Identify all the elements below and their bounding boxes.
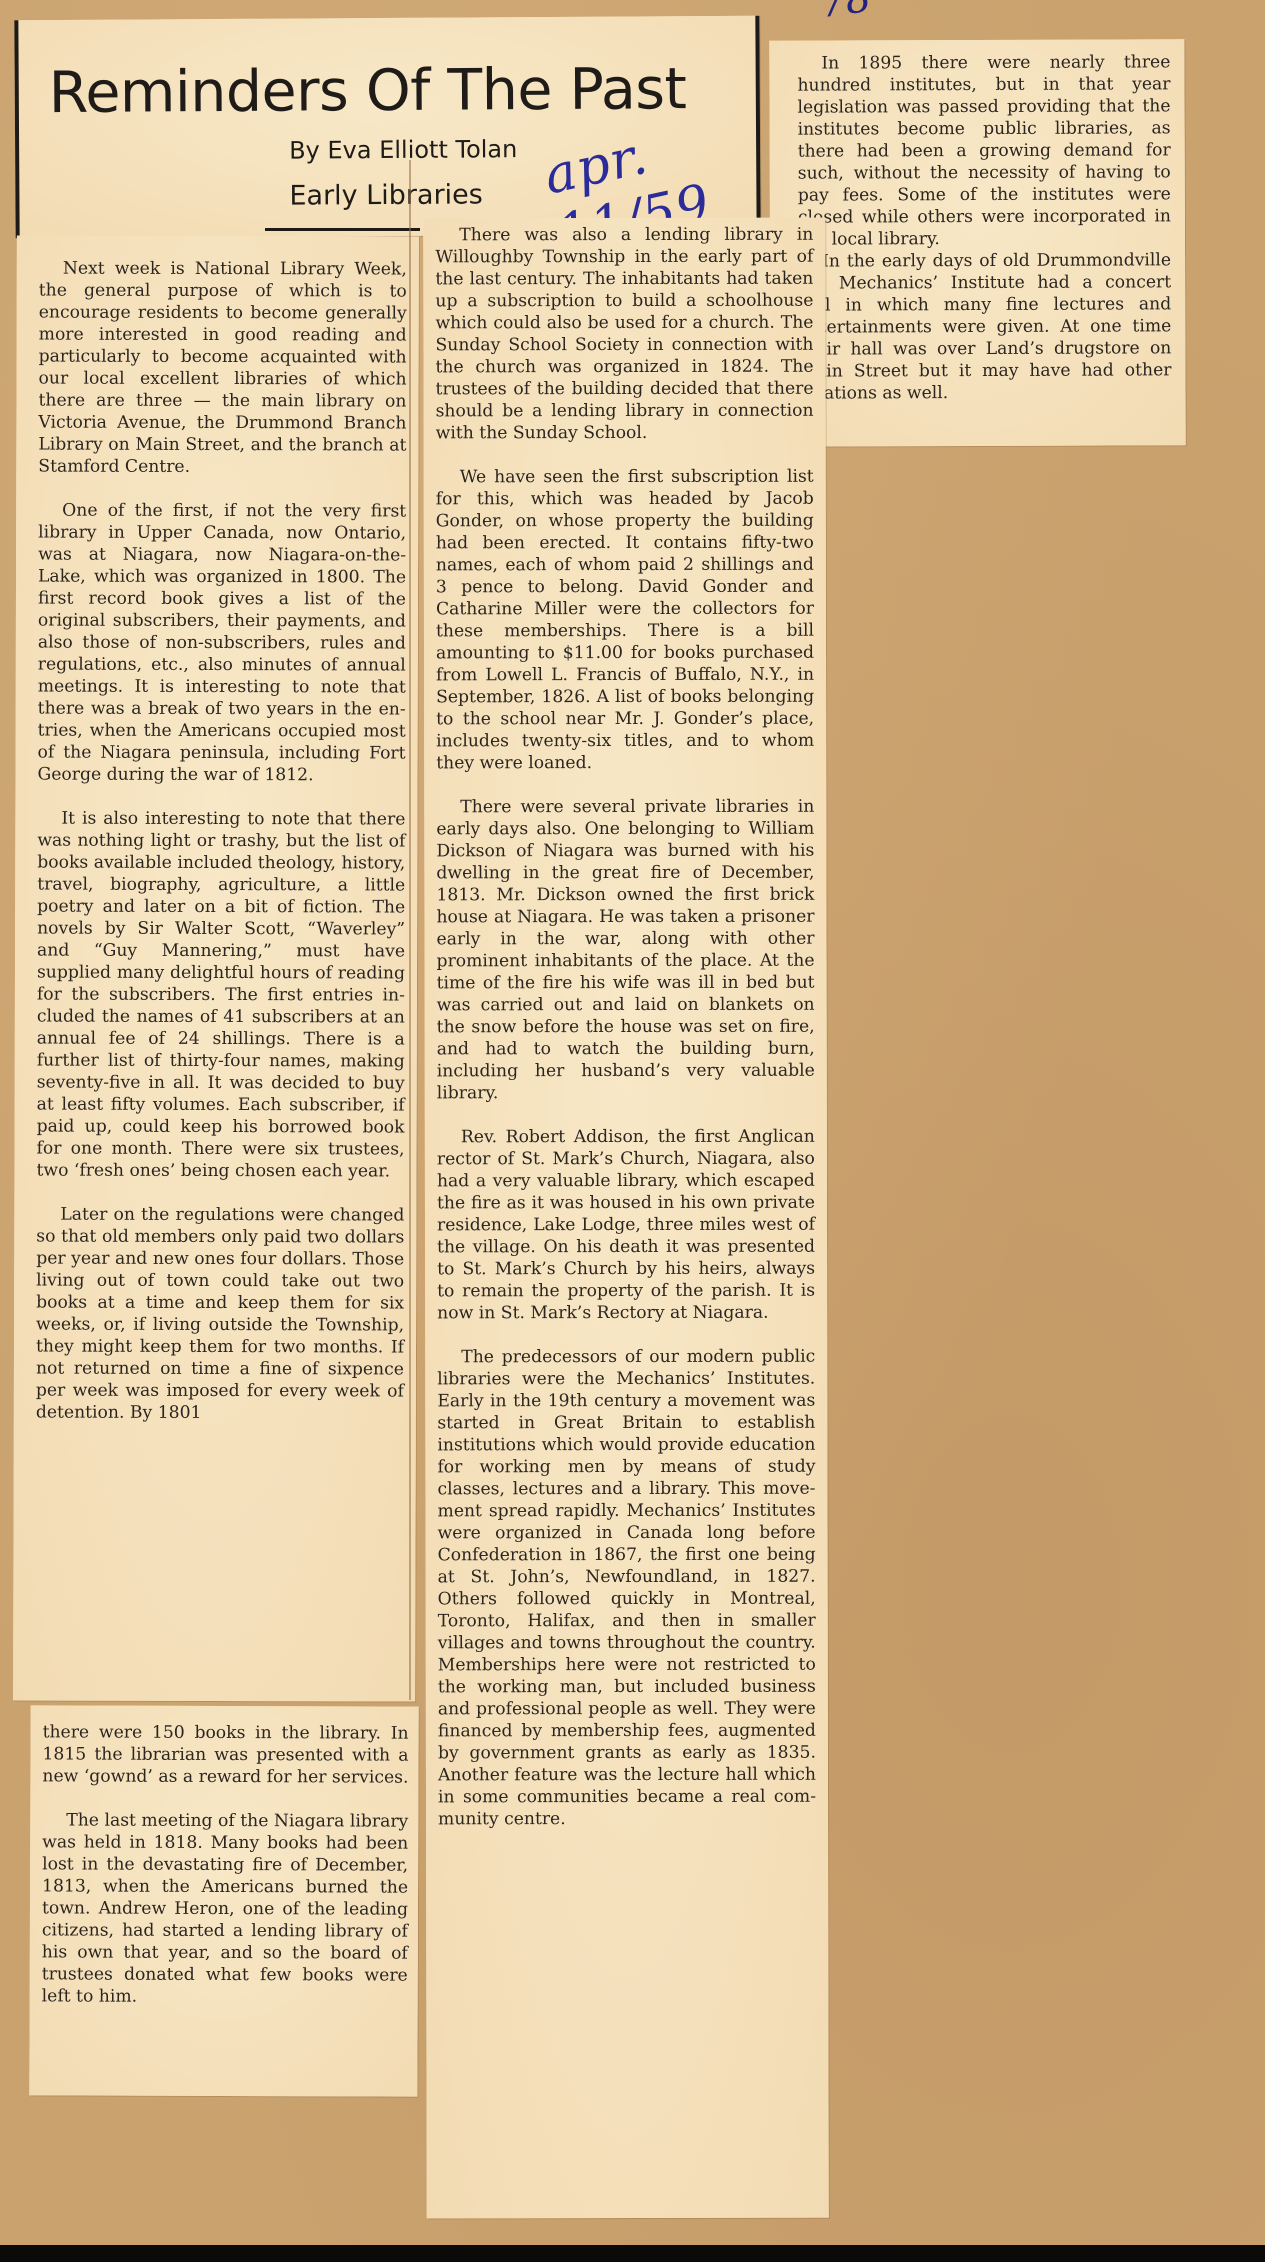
column-2-text: There was also a lending library in Will… xyxy=(435,224,816,1831)
paragraph: The predecessors of our modern public li… xyxy=(437,1346,816,1831)
paragraph: Next week is National Library Week, the … xyxy=(38,258,407,479)
column-1-clipping-bottom: there were 150 books in the libr­ary. In… xyxy=(29,1705,418,2096)
paragraph: One of the first, if not the very first … xyxy=(37,500,406,787)
column-3-clipping: In 1895 there were nearly three hundred … xyxy=(769,39,1185,446)
paragraph: In 1895 there were nearly three hundred … xyxy=(797,51,1171,250)
paragraph: It is also interesting to note that ther… xyxy=(36,808,405,1183)
byline: By Eva Elliott Tolan xyxy=(289,135,517,164)
paragraph: Rev. Robert Addison, the first Anglican … xyxy=(437,1126,815,1325)
paragraph: There were several private libr­aries in… xyxy=(436,796,815,1105)
column-3-text: In 1895 there were nearly three hundred … xyxy=(797,51,1171,404)
column-1-clipping-top: Next week is National Library Week, the … xyxy=(13,235,419,1701)
subhead: Early Libraries xyxy=(289,179,483,211)
column-1-text-bottom: there were 150 books in the libr­ary. In… xyxy=(42,1721,409,2008)
scan-bottom-edge xyxy=(0,2245,1265,2262)
paragraph: We have seen the first subscrip­tion lis… xyxy=(436,466,815,775)
column-2-clipping: There was also a lending library in Will… xyxy=(423,218,828,2219)
headline-rule xyxy=(265,228,420,231)
paragraph: Later on the regulations were changed so… xyxy=(36,1204,405,1425)
paragraph: there were 150 books in the libr­ary. In… xyxy=(42,1721,408,1788)
column-1-text-top: Next week is National Library Week, the … xyxy=(36,258,407,1425)
paragraph: The last meeting of the Niagara library … xyxy=(42,1809,409,2008)
headline-clipping: Reminders Of The Past By Eva Elliott Tol… xyxy=(14,16,760,239)
paragraph: In the early days of old Drum­mondville … xyxy=(798,249,1172,404)
fold-crease xyxy=(409,160,411,1700)
paragraph: There was also a lending library in Will… xyxy=(435,224,813,445)
handwritten-page-number: 78 xyxy=(817,0,874,27)
headline-title: Reminders Of The Past xyxy=(49,56,749,126)
